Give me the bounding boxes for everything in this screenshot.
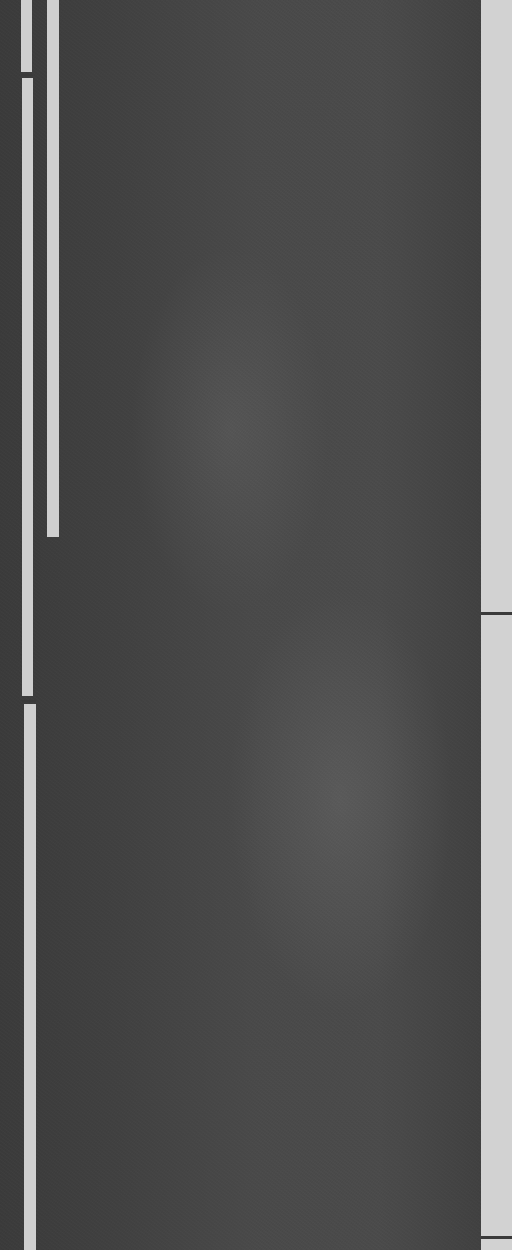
- asphalt-texture: [0, 0, 512, 1250]
- curb-expansion-joint: [481, 612, 512, 615]
- road-aerial-image: [0, 0, 512, 1250]
- lane-line-left-segment: [22, 78, 33, 696]
- lane-line-inner: [47, 0, 59, 537]
- lane-line-crack: [22, 700, 36, 702]
- lane-line-left-segment: [24, 704, 36, 1250]
- lane-line-crack: [21, 74, 33, 76]
- curb-expansion-joint: [481, 1236, 512, 1239]
- curb-sidewalk: [481, 0, 512, 1250]
- lane-line-left-segment: [21, 0, 32, 72]
